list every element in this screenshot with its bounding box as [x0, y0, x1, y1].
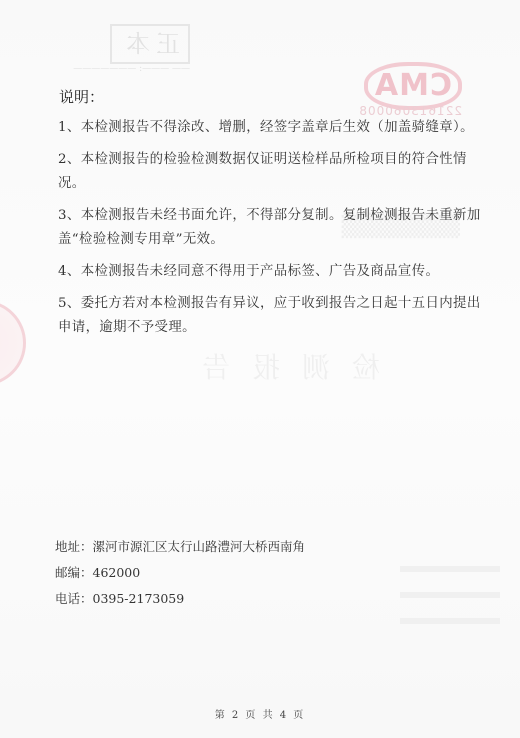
notes-list: 1、本检测报告不得涂改、增删，经签字盖章后生效（加盖骑缝章）。 2、本检测报告的…	[58, 116, 488, 348]
stamp-caption-ghost: —— ———: ———————	[70, 64, 190, 74]
note-item: 4、本检测报告未经同意不得用于产品标签、广告及商品宣传。	[58, 260, 488, 284]
note-item: 5、委托方若对本检测报告有异议，应于收到报告之日起十五日内提出申请，逾期不予受理…	[58, 292, 488, 340]
note-item: 3、本检测报告未经书面允许，不得部分复制。复制检测报告未重新加盖“检验检测专用章…	[58, 204, 488, 252]
note-item: 2、本检测报告的检验检测数据仅证明送检样品所检项目的符合性情况。	[58, 148, 488, 196]
note-item: 1、本检测报告不得涂改、增删，经签字盖章后生效（加盖骑缝章）。	[58, 116, 488, 140]
red-seal-icon	[0, 300, 26, 386]
cma-logo-icon: CMA	[364, 62, 462, 110]
original-copy-stamp: 正本	[110, 24, 190, 64]
contact-info: 地址：漯河市源汇区太行山路澧河大桥西南角 邮编：462000 电话：0395-2…	[55, 538, 305, 616]
address-line: 地址：漯河市源汇区太行山路澧河大桥西南角	[55, 538, 305, 564]
notes-heading: 说明：	[59, 86, 104, 107]
phone-line: 电话：0395-2173059	[55, 590, 305, 616]
postcode-line: 邮编：462000	[55, 564, 305, 590]
ghost-report-title: 检测报告	[180, 346, 380, 386]
ghost-lines	[400, 566, 500, 644]
page-number: 第 2 页 共 4 页	[0, 706, 520, 721]
document-page: 正本 —— ———: ——————— CMA 221613060008 ▒▒▒▒…	[0, 0, 520, 738]
